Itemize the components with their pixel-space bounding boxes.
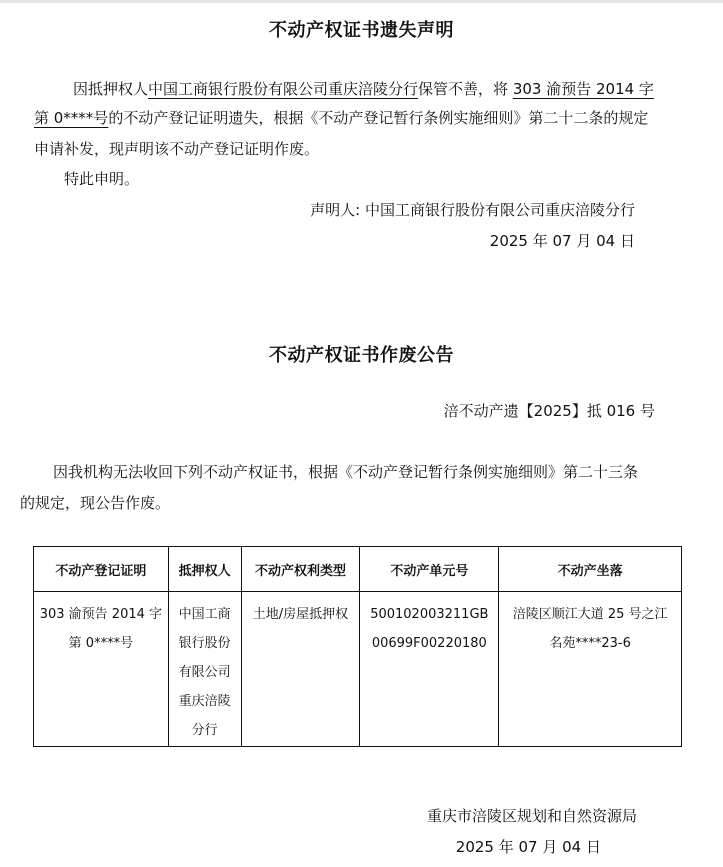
statement-middle: 保管不善，将 [418, 80, 508, 98]
notice-date: 2025 年 07 月 04 日 [456, 833, 601, 862]
void-notice-title: 不动产权证书作废公告 [0, 341, 723, 367]
cell-text: 银行股份 [170, 629, 240, 658]
cell-text: 涪陵区顺江大道 25 号之江 [500, 600, 680, 629]
mortgagee-name: 中国工商银行股份有限公司重庆涪陵分行 [148, 80, 418, 98]
certificate-number-part1: 303 渝预告 2014 字 [513, 80, 654, 98]
cell-certificate: 303 渝预告 2014 字 第 0****号 [34, 592, 169, 747]
statement-date: 2025 年 07 月 04 日 [490, 227, 635, 256]
cell-unit-number: 500102003211GB 00699F00220180 [360, 592, 499, 747]
cell-text: 第 0****号 [35, 629, 167, 658]
loss-statement-title: 不动产权证书遗失声明 [0, 16, 723, 42]
loss-statement-line-1: 因抵押权人中国工商银行股份有限公司重庆涪陵分行保管不善，将 303 渝预告 20… [73, 75, 654, 104]
cell-right-type: 土地/房屋抵押权 [241, 592, 360, 747]
cell-text: 中国工商 [170, 600, 240, 629]
cell-location: 涪陵区顺江大道 25 号之江 名苑****23-6 [499, 592, 682, 747]
declarant: 声明人: 中国工商银行股份有限公司重庆涪陵分行 [310, 196, 635, 225]
cell-text: 分行 [170, 716, 240, 745]
statement-rest: 的不动产登记证明遗失，根据《不动产登记暂行条例实施细则》第二十二条的规定 [108, 109, 648, 127]
header-mortgagee: 抵押权人 [168, 547, 241, 592]
cell-text: 500102003211GB [361, 600, 497, 629]
loss-statement-line-2: 第 0****号的不动产登记证明遗失，根据《不动产登记暂行条例实施细则》第二十二… [34, 104, 648, 133]
statement-prefix: 因抵押权人 [73, 80, 148, 98]
header-right-type: 不动产权利类型 [241, 547, 360, 592]
header-unit-number: 不动产单元号 [360, 547, 499, 592]
table-header-row: 不动产登记证明 抵押权人 不动产权利类型 不动产单元号 不动产坐落 [34, 547, 682, 592]
cell-mortgagee: 中国工商 银行股份 有限公司 重庆涪陵 分行 [168, 592, 241, 747]
notice-line-2: 的规定，现公告作废。 [20, 489, 170, 518]
header-certificate: 不动产登记证明 [34, 547, 169, 592]
void-certificate-table: 不动产登记证明 抵押权人 不动产权利类型 不动产单元号 不动产坐落 303 渝预… [33, 546, 682, 747]
document-number: 涪不动产遗【2025】抵 016 号 [444, 397, 655, 426]
loss-statement-line-3: 申请补发，现声明该不动产登记证明作废。 [34, 135, 319, 164]
cell-text: 00699F00220180 [361, 629, 497, 658]
closing-text: 特此申明。 [64, 165, 139, 194]
cell-text: 303 渝预告 2014 字 [35, 600, 167, 629]
cell-text: 名苑****23-6 [500, 629, 680, 658]
cell-text: 土地/房屋抵押权 [243, 600, 359, 629]
notice-line-1: 因我机构无法收回下列不动产权证书，根据《不动产登记暂行条例实施细则》第二十三条 [53, 458, 638, 487]
issuer-name: 重庆市涪陵区规划和自然资源局 [427, 802, 637, 831]
cell-text: 重庆涪陵 [170, 687, 240, 716]
top-border [0, 0, 723, 3]
header-location: 不动产坐落 [499, 547, 682, 592]
certificate-number-part2: 第 0****号 [34, 109, 108, 127]
table-row: 303 渝预告 2014 字 第 0****号 中国工商 银行股份 有限公司 重… [34, 592, 682, 747]
cell-text: 有限公司 [170, 658, 240, 687]
